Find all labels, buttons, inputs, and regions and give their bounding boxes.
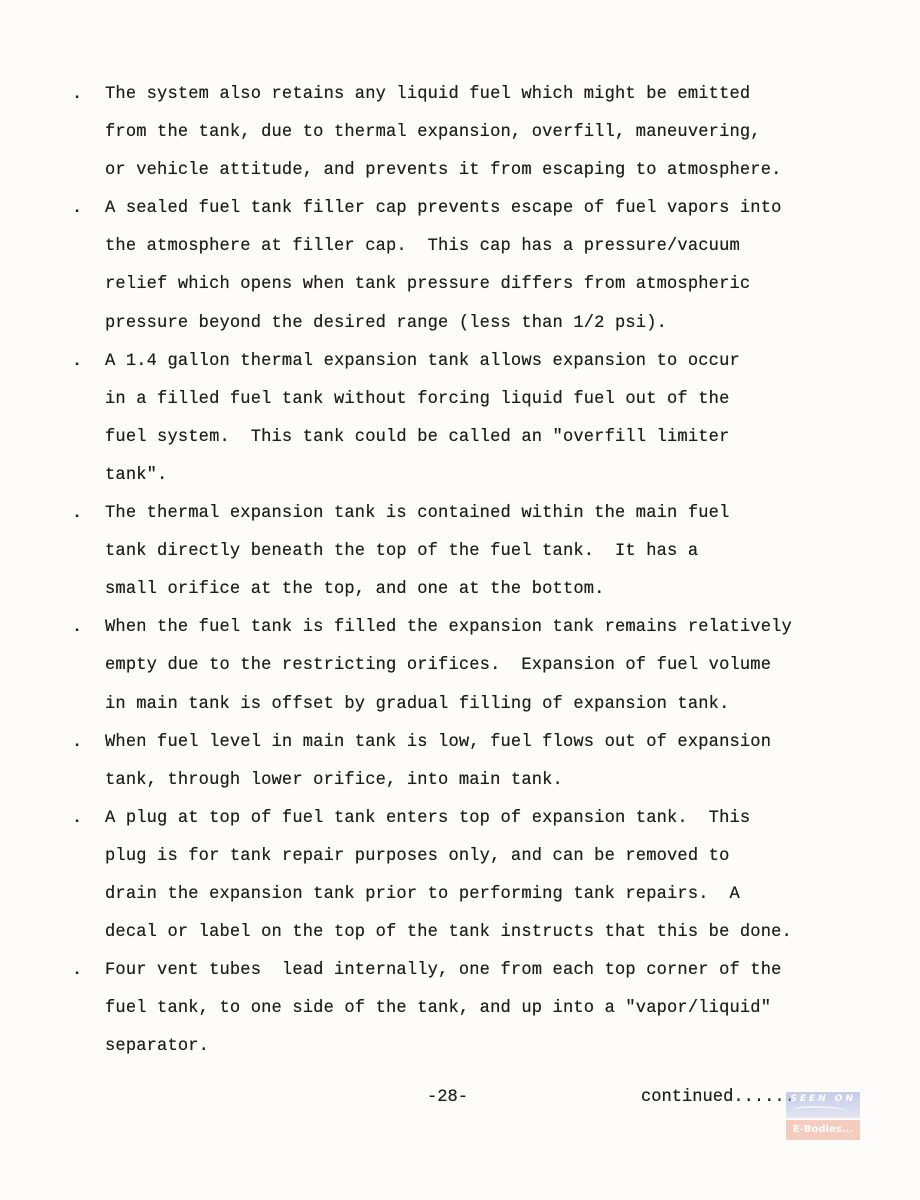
text-line: tank, through lower orifice, into main t… (105, 762, 920, 800)
watermark-bottom-text: E-Bodies... (786, 1120, 860, 1140)
text-line: empty due to the restricting orifices. E… (105, 647, 920, 685)
text-line: in a filled fuel tank without forcing li… (105, 381, 920, 419)
bullet-text: When fuel level in main tank is low, fue… (105, 724, 920, 800)
text-line: the atmosphere at filler cap. This cap h… (105, 228, 920, 266)
document-page: .The system also retains any liquid fuel… (0, 0, 920, 1200)
text-line: A plug at top of fuel tank enters top of… (105, 800, 920, 838)
text-line: The thermal expansion tank is contained … (105, 495, 920, 533)
text-line: plug is for tank repair purposes only, a… (105, 838, 920, 876)
bullet-dot-icon: . (72, 609, 84, 647)
text-line: A sealed fuel tank filler cap prevents e… (105, 190, 920, 228)
bullet-dot-icon: . (72, 952, 84, 990)
text-line: from the tank, due to thermal expansion,… (105, 114, 920, 152)
bullet-text: The system also retains any liquid fuel … (105, 76, 920, 190)
text-line: When fuel level in main tank is low, fue… (105, 724, 920, 762)
text-line: fuel tank, to one side of the tank, and … (105, 990, 920, 1028)
seen-on-e-bodies-watermark: SEEN ON E-Bodies... (786, 1092, 860, 1140)
text-line: When the fuel tank is filled the expansi… (105, 609, 920, 647)
text-line: A 1.4 gallon thermal expansion tank allo… (105, 343, 920, 381)
bullet-item: .When fuel level in main tank is low, fu… (0, 724, 920, 800)
text-line: relief which opens when tank pressure di… (105, 266, 920, 304)
bullet-text: A 1.4 gallon thermal expansion tank allo… (105, 343, 920, 495)
text-line: tank". (105, 457, 920, 495)
bullet-dot-icon: . (72, 495, 84, 533)
bullet-dot-icon: . (72, 343, 84, 381)
bullet-item: .Four vent tubes lead internally, one fr… (0, 952, 920, 1066)
bullet-text: The thermal expansion tank is contained … (105, 495, 920, 609)
car-silhouette-icon (792, 1106, 848, 1116)
bullet-dot-icon: . (72, 76, 84, 114)
bullet-item: .A sealed fuel tank filler cap prevents … (0, 190, 920, 342)
text-line: in main tank is offset by gradual fillin… (105, 686, 920, 724)
text-line: drain the expansion tank prior to perfor… (105, 876, 920, 914)
continued-label: continued...... (641, 1088, 795, 1107)
bullet-dot-icon: . (72, 190, 84, 228)
text-line: small orifice at the top, and one at the… (105, 571, 920, 609)
text-line: separator. (105, 1028, 920, 1066)
bullet-dot-icon: . (72, 800, 84, 838)
bullet-text: When the fuel tank is filled the expansi… (105, 609, 920, 723)
text-line: pressure beyond the desired range (less … (105, 305, 920, 343)
text-line: The system also retains any liquid fuel … (105, 76, 920, 114)
bullet-item: .The system also retains any liquid fuel… (0, 76, 920, 190)
text-line: Four vent tubes lead internally, one fro… (105, 952, 920, 990)
text-line: or vehicle attitude, and prevents it fro… (105, 152, 920, 190)
bullet-item: .The thermal expansion tank is contained… (0, 495, 920, 609)
bullet-dot-icon: . (72, 724, 84, 762)
text-line: fuel system. This tank could be called a… (105, 419, 920, 457)
bullet-text: A sealed fuel tank filler cap prevents e… (105, 190, 920, 342)
page-number: -28- (427, 1088, 468, 1107)
bullet-list: .The system also retains any liquid fuel… (0, 76, 920, 1066)
text-line: decal or label on the top of the tank in… (105, 914, 920, 952)
bullet-text: A plug at top of fuel tank enters top of… (105, 800, 920, 952)
bullet-item: .A 1.4 gallon thermal expansion tank all… (0, 343, 920, 495)
text-line: tank directly beneath the top of the fue… (105, 533, 920, 571)
bullet-item: .When the fuel tank is filled the expans… (0, 609, 920, 723)
bullet-item: .A plug at top of fuel tank enters top o… (0, 800, 920, 952)
bullet-text: Four vent tubes lead internally, one fro… (105, 952, 920, 1066)
